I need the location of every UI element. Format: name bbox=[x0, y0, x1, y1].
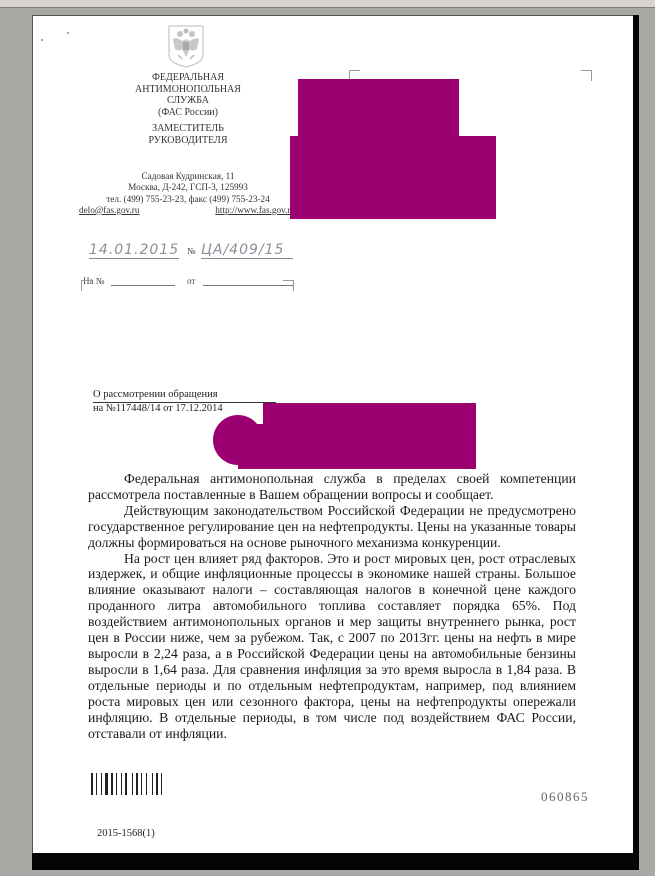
subject-block: О рассмотрении обращения на №117448/14 о… bbox=[93, 389, 276, 415]
scan-speck bbox=[67, 32, 69, 34]
document-number: 060865 bbox=[541, 789, 589, 805]
phone-fax-line: тел. (499) 755-23-23, факс (499) 755-23-… bbox=[73, 194, 303, 205]
position-line: РУКОВОДИТЕЛЯ bbox=[93, 135, 283, 147]
viewer-top-bar bbox=[0, 0, 655, 8]
reply-from-blank bbox=[203, 285, 293, 286]
registration-date: 14.01.2015 bbox=[89, 242, 179, 259]
org-line: СЛУЖБА bbox=[93, 95, 283, 107]
page-edge-bottom bbox=[32, 852, 639, 870]
page-edge-right bbox=[632, 15, 639, 870]
barcode-icon bbox=[91, 773, 179, 795]
registration-line: 14.01.2015 № ЦА/409/15 bbox=[83, 240, 293, 262]
redaction-block bbox=[263, 403, 476, 469]
registration-number: ЦА/409/15 bbox=[201, 242, 293, 259]
registration-number-label: № bbox=[187, 246, 196, 256]
org-line: ФЕДЕРАЛЬНАЯ bbox=[93, 72, 283, 84]
reply-to-blank bbox=[111, 285, 175, 286]
address-block: Садовая Кудринская, 11 Москва, Д-242, ГС… bbox=[73, 171, 303, 216]
letter-body: Федеральная антимонопольная служба в пре… bbox=[88, 471, 576, 741]
position-line: ЗАМЕСТИТЕЛЬ bbox=[93, 123, 283, 135]
internal-code: 2015-1568(1) bbox=[97, 828, 155, 839]
website-link[interactable]: http://www.fas.gov.ru bbox=[215, 205, 295, 216]
corner-mark bbox=[581, 70, 592, 81]
scan-speck bbox=[41, 39, 43, 41]
address-line: Садовая Кудринская, 11 bbox=[73, 171, 303, 182]
subject-line: О рассмотрении обращения bbox=[93, 389, 276, 403]
redaction-block bbox=[290, 136, 496, 219]
redaction-block bbox=[238, 424, 268, 469]
email-link[interactable]: delo@fas.gov.ru bbox=[79, 205, 139, 216]
reply-from-label: от bbox=[187, 276, 195, 286]
org-line: (ФАС России) bbox=[93, 107, 283, 119]
russian-coat-of-arms-icon bbox=[168, 25, 204, 68]
organization-name: ФЕДЕРАЛЬНАЯ АНТИМОНОПОЛЬНАЯ СЛУЖБА (ФАС … bbox=[93, 72, 283, 146]
corner-mark bbox=[81, 280, 92, 291]
corner-mark bbox=[283, 280, 294, 291]
redaction-block bbox=[298, 79, 459, 137]
body-paragraph: На рост цен влияет ряд факторов. Это и р… bbox=[88, 551, 576, 742]
body-paragraph: Федеральная антимонопольная служба в пре… bbox=[88, 471, 576, 503]
address-line: Москва, Д-242, ГСП-3, 125993 bbox=[73, 182, 303, 193]
document-page: ФЕДЕРАЛЬНАЯ АНТИМОНОПОЛЬНАЯ СЛУЖБА (ФАС … bbox=[32, 15, 633, 853]
subject-reference: на №117448/14 от 17.12.2014 bbox=[93, 403, 276, 416]
body-paragraph: Действующим законодательством Российской… bbox=[88, 503, 576, 551]
org-line: АНТИМОНОПОЛЬНАЯ bbox=[93, 84, 283, 96]
